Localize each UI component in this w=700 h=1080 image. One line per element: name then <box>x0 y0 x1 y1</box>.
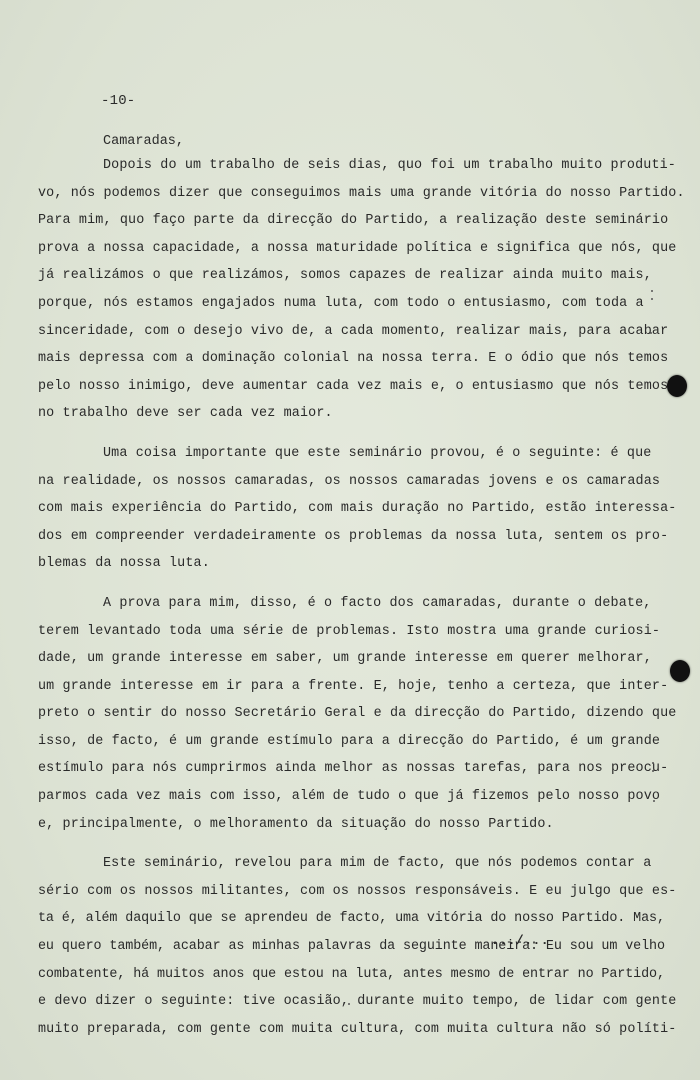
text-line: Dopois do um trabalho de seis dias, quo … <box>38 152 618 180</box>
speck <box>652 762 654 764</box>
text-line: com mais experiência do Partido, com mai… <box>38 495 618 523</box>
text-line: dos em compreender verdadeiramente os pr… <box>38 523 618 551</box>
page-number: -10- <box>101 93 135 109</box>
speck <box>650 332 652 334</box>
continuation-mark: .../... <box>491 933 549 948</box>
text-line: dade, um grande interesse em saber, um g… <box>38 645 618 673</box>
salutation: Camaradas, <box>103 134 184 149</box>
text-line: Para mim, quo faço parte da direcção do … <box>38 207 618 235</box>
text-line: isso, de facto, é um grande estímulo par… <box>38 728 618 756</box>
text-line: sério com os nossos militantes, com os n… <box>38 878 618 906</box>
paragraph-2: Uma coisa importante que este seminário … <box>38 440 618 578</box>
text-line: Uma coisa importante que este seminário … <box>38 440 618 468</box>
punch-hole <box>670 660 690 682</box>
paragraph-3: A prova para mim, disso, é o facto dos c… <box>38 590 618 838</box>
speck <box>653 800 655 802</box>
speck <box>651 298 653 300</box>
text-line: blemas da nossa luta. <box>38 550 618 578</box>
speck <box>348 1003 350 1005</box>
text-line: e, principalmente, o melhoramento da sit… <box>38 811 618 839</box>
text-line: ta é, além daquilo que se aprendeu de fa… <box>38 905 618 933</box>
punch-hole <box>667 375 687 397</box>
text-line: Este seminário, revelou para mim de fact… <box>38 850 618 878</box>
text-line: prova a nossa capacidade, a nossa maturi… <box>38 235 618 263</box>
text-line: preto o sentir do nosso Secretário Geral… <box>38 700 618 728</box>
paragraph-1: Dopois do um trabalho de seis dias, quo … <box>38 152 618 428</box>
text-line: pelo nosso inimigo, deve aumentar cada v… <box>38 373 618 401</box>
document-page: -10- Camaradas, Dopois do um trabalho de… <box>0 0 700 1080</box>
text-line: muito preparada, com gente com muita cul… <box>38 1016 618 1044</box>
text-line: vo, nós podemos dizer que conseguimos ma… <box>38 180 618 208</box>
text-line: na realidade, os nossos camaradas, os no… <box>38 468 618 496</box>
text-line: sinceridade, com o desejo vivo de, a cad… <box>38 318 618 346</box>
text-line: estímulo para nós cumprirmos ainda melho… <box>38 755 618 783</box>
text-line: terem levantado toda uma série de proble… <box>38 618 618 646</box>
text-line: porque, nós estamos engajados numa luta,… <box>38 290 618 318</box>
text-line: combatente, há muitos anos que estou na … <box>38 961 618 989</box>
text-line: um grande interesse em ir para a frente.… <box>38 673 618 701</box>
document-body: Dopois do um trabalho de seis dias, quo … <box>38 152 618 1055</box>
text-line: já realizámos o que realizámos, somos ca… <box>38 262 618 290</box>
speck <box>652 770 654 772</box>
text-line: e devo dizer o seguinte: tive ocasião, d… <box>38 988 618 1016</box>
text-line: A prova para mim, disso, é o facto dos c… <box>38 590 618 618</box>
text-line: no trabalho deve ser cada vez maior. <box>38 400 618 428</box>
text-line: parmos cada vez mais com isso, além de t… <box>38 783 618 811</box>
text-line: mais depressa com a dominação colonial n… <box>38 345 618 373</box>
speck <box>651 290 653 292</box>
